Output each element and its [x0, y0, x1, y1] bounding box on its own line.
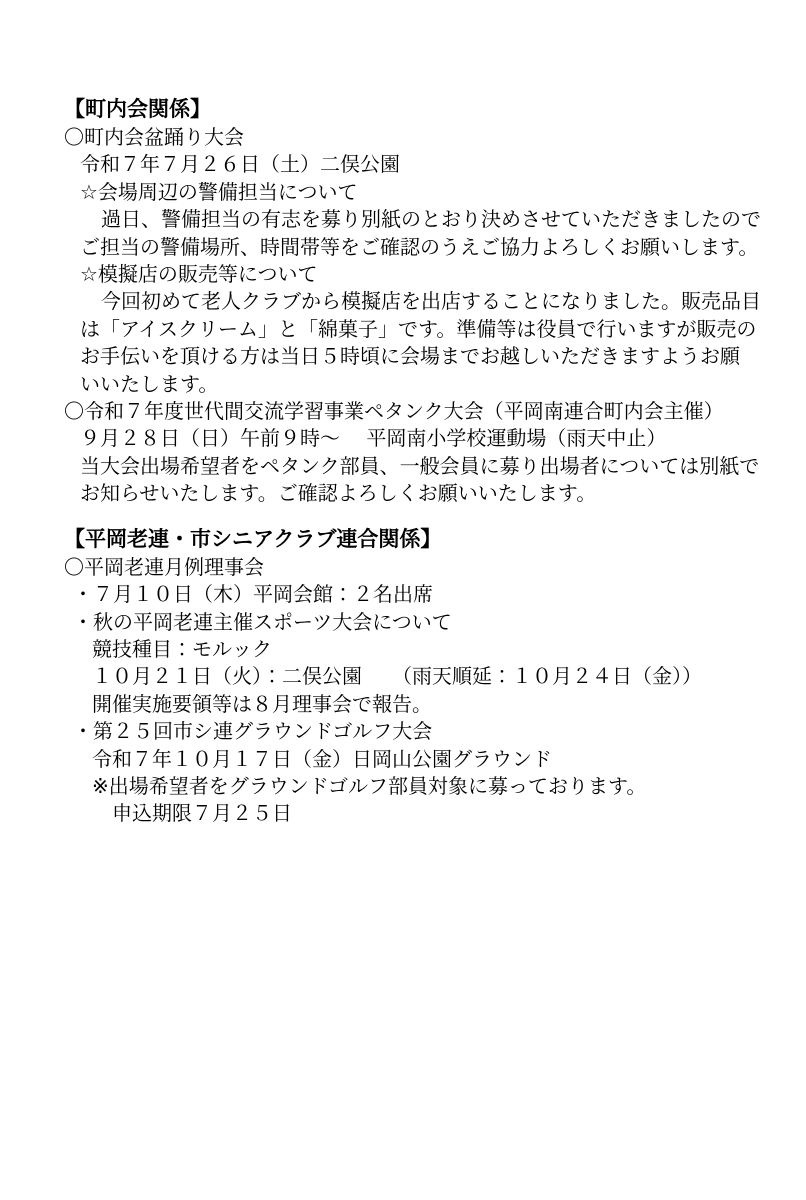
section-spacer — [64, 508, 766, 524]
doc-line-petanque-body-2: お知らせいたします。ご確認よろしくお願いいたします。 — [64, 480, 766, 507]
doc-line-ground-golf-deadline: 申込期限７月２５日 — [64, 800, 766, 827]
doc-line-petanque-date: ９月２８日（日）午前９時～ 平岡南小学校運動場（雨天中止） — [64, 425, 766, 452]
doc-line-bon-odori-title: 〇町内会盆踊り大会 — [64, 124, 766, 151]
doc-line-ground-golf-title: ・第２５回市シ連グラウンドゴルフ大会 — [64, 718, 766, 745]
section-heading-chonaikai: 【町内会関係】 — [64, 94, 766, 124]
doc-line-stall-subheading: ☆模擬店の販売等について — [64, 261, 766, 288]
doc-line-sports-event-date: １０月２１日（火）：二俣公園 （雨天順延：１０月２４日（金）） — [64, 663, 766, 690]
doc-line-security-body-2: ご担当の警備場所、時間帯等をご確認のうえご協力よろしくお願いします。 — [64, 234, 766, 261]
doc-line-petanque-title: 〇令和７年度世代間交流学習事業ペタンク大会（平岡南連合町内会主催） — [64, 398, 766, 425]
doc-line-stall-body-1: 今回初めて老人クラブから模擬店を出店することになりました。販売品目 — [64, 288, 766, 315]
doc-line-security-subheading: ☆会場周辺の警備担当について — [64, 179, 766, 206]
section-heading-rouren: 【平岡老連・市シニアクラブ連合関係】 — [64, 524, 766, 554]
doc-line-sports-event-type: 競技種目：モルック — [64, 636, 766, 663]
doc-line-board-meeting-date: ・７月１０日（木）平岡会館：２名出席 — [64, 581, 766, 608]
doc-line-board-meeting-title: 〇平岡老連月例理事会 — [64, 554, 766, 581]
doc-line-ground-golf-date: 令和７年１０月１７日（金）日岡山公園グラウンド — [64, 746, 766, 773]
doc-line-stall-body-4: いいたします。 — [64, 371, 766, 398]
doc-line-bon-odori-date: 令和７年７月２６日（土）二俣公園 — [64, 151, 766, 178]
document-page: 【町内会関係】 〇町内会盆踊り大会 令和７年７月２６日（土）二俣公園 ☆会場周辺… — [0, 0, 806, 1200]
doc-line-ground-golf-note: ※出場希望者をグラウンドゴルフ部員対象に募っております。 — [64, 773, 766, 800]
doc-line-stall-body-2: は「アイスクリーム」と「綿菓子」です。準備等は役員で行いますが販売の — [64, 316, 766, 343]
doc-line-stall-body-3: お手伝いを頂ける方は当日５時頃に会場までお越しいただきますようお願 — [64, 343, 766, 370]
document-body: 【町内会関係】 〇町内会盆踊り大会 令和７年７月２６日（土）二俣公園 ☆会場周辺… — [0, 0, 806, 828]
section-rouren: 【平岡老連・市シニアクラブ連合関係】 〇平岡老連月例理事会 ・７月１０日（木）平… — [64, 524, 766, 828]
doc-line-security-body-1: 過日、警備担当の有志を募り別紙のとおり決めさせていただきましたので — [64, 206, 766, 233]
doc-line-petanque-body-1: 当大会出場希望者をペタンク部員、一般会員に募り出場者については別紙で — [64, 453, 766, 480]
section-chonaikai: 【町内会関係】 〇町内会盆踊り大会 令和７年７月２６日（土）二俣公園 ☆会場周辺… — [64, 94, 766, 508]
doc-line-sports-event-title: ・秋の平岡老連主催スポーツ大会について — [64, 609, 766, 636]
doc-line-sports-event-note: 開催実施要領等は８月理事会で報告。 — [64, 691, 766, 718]
